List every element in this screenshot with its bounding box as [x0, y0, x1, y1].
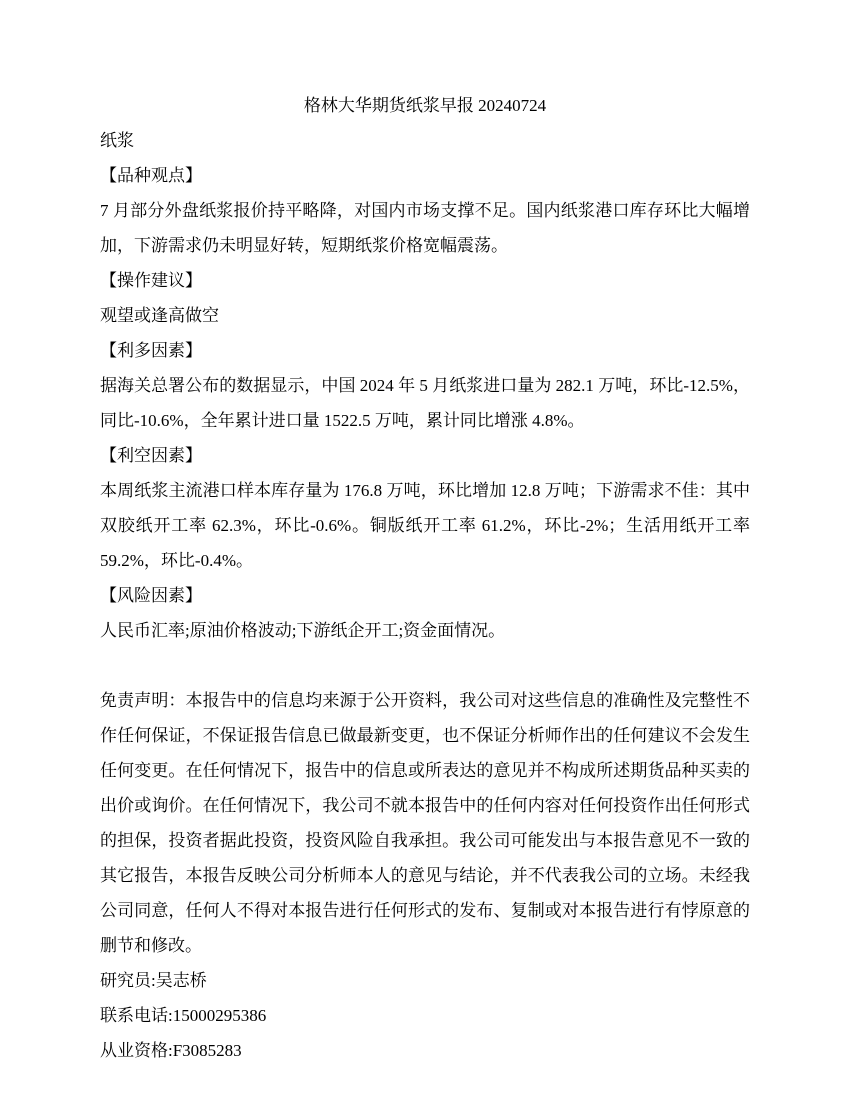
section-body-viewpoint: 7 月部分外盘纸浆报价持平略降，对国内市场支撑不足。国内纸浆港口库存环比大幅增加… [100, 193, 750, 263]
qualification-line: 从业资格:F3085283 [100, 1033, 750, 1068]
report-title: 格林大华期货纸浆早报 20240724 [100, 88, 750, 123]
disclaimer-text: 免责声明：本报告中的信息均来源于公开资料，我公司对这些信息的准确性及完整性不作任… [100, 683, 750, 963]
section-heading-advice: 【操作建议】 [100, 263, 750, 298]
phone-line: 联系电话:15000295386 [100, 998, 750, 1033]
section-body-advice: 观望或逢高做空 [100, 298, 750, 333]
section-heading-risk: 【风险因素】 [100, 578, 750, 613]
section-body-risk: 人民币汇率;原油价格波动;下游纸企开工;资金面情况。 [100, 613, 750, 648]
section-body-bearish: 本周纸浆主流港口样本库存量为 176.8 万吨，环比增加 12.8 万吨；下游需… [100, 473, 750, 578]
product-name: 纸浆 [100, 123, 750, 158]
section-body-bullish: 据海关总署公布的数据显示，中国 2024 年 5 月纸浆进口量为 282.1 万… [100, 368, 750, 438]
researcher-line: 研究员:吴志桥 [100, 963, 750, 998]
section-heading-bullish: 【利多因素】 [100, 333, 750, 368]
section-heading-bearish: 【利空因素】 [100, 438, 750, 473]
section-heading-viewpoint: 【品种观点】 [100, 158, 750, 193]
report-page: 格林大华期货纸浆早报 20240724 纸浆 【品种观点】 7 月部分外盘纸浆报… [0, 0, 850, 1100]
